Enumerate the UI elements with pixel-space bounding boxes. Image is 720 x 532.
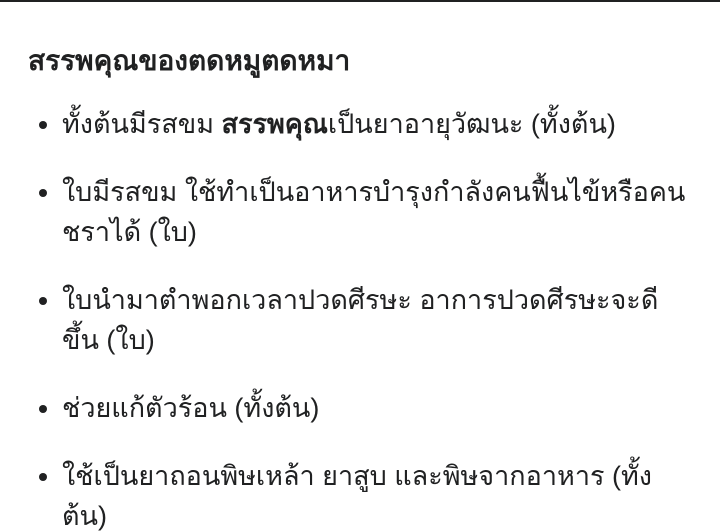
article-section: สรรพคุณของตดหมูตดหมา ทั้งต้นมีรสขม สรรพค… (0, 42, 720, 532)
list-item: ใช้เป็นยาถอนพิษเหล้า ยาสูบ และพิษจากอาหา… (62, 456, 686, 532)
list-item: ใบมีรสขม ใช้ทำเป็นอาหารบำรุงกำลังคนฟื้นไ… (62, 172, 686, 252)
item-text: เป็นยาอายุวัฒนะ (ทั้งต้น) (328, 109, 616, 139)
section-heading: สรรพคุณของตดหมูตดหมา (28, 42, 686, 80)
item-text: ทั้งต้นมีรสขม (62, 109, 222, 139)
item-text: ใช้เป็นยาถอนพิษเหล้า ยาสูบ และพิษจากอาหา… (62, 461, 652, 531)
list-item: ทั้งต้นมีรสขม สรรพคุณเป็นยาอายุวัฒนะ (ทั… (62, 104, 686, 144)
item-text: ใบมีรสขม ใช้ทำเป็นอาหารบำรุงกำลังคนฟื้นไ… (62, 177, 685, 247)
properties-list: ทั้งต้นมีรสขม สรรพคุณเป็นยาอายุวัฒนะ (ทั… (28, 104, 686, 532)
list-item: ใบนำมาตำพอกเวลาปวดศีรษะ อาการปวดศีรษะจะด… (62, 280, 686, 360)
top-divider-rule (0, 0, 720, 2)
item-text-bold: สรรพคุณ (222, 109, 328, 139)
list-item: ช่วยแก้ตัวร้อน (ทั้งต้น) (62, 388, 686, 428)
item-text: ใบนำมาตำพอกเวลาปวดศีรษะ อาการปวดศีรษะจะด… (62, 285, 658, 355)
item-text: ช่วยแก้ตัวร้อน (ทั้งต้น) (62, 393, 319, 423)
